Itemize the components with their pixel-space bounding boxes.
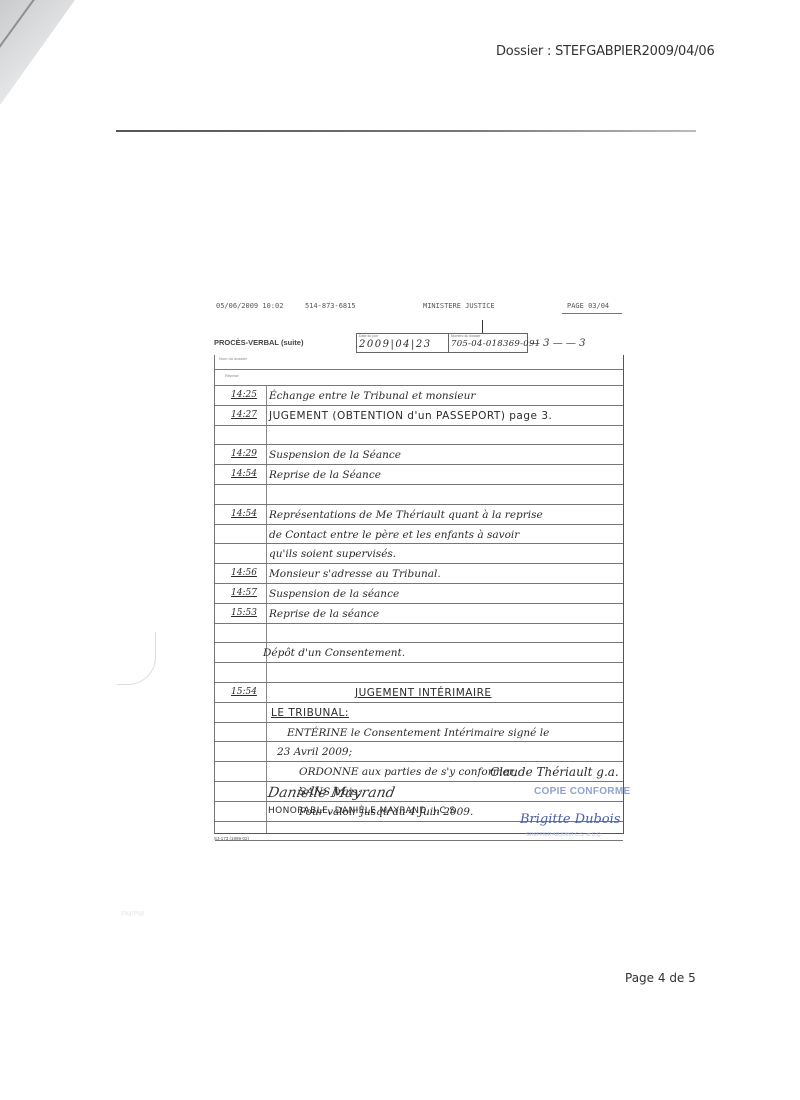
ruled-line	[215, 741, 623, 742]
ruled-line	[215, 702, 623, 703]
entry-text: de Contact entre le père et les enfants …	[269, 529, 519, 541]
page-number-footer: Page 4 de 5	[625, 971, 696, 985]
form-code: SJ-173 (1999-02)	[214, 836, 249, 841]
ruled-line	[215, 464, 623, 465]
time-column-divider	[266, 385, 267, 833]
entry-text: Suspension de la séance	[269, 588, 399, 600]
entry-text: 23 Avril 2009;	[277, 746, 352, 758]
form-title: PROCÈS-VERBAL (suite)	[214, 338, 303, 347]
fax-sender: MINISTERE JUSTICE	[423, 302, 495, 310]
name-label: Nom du dossier	[219, 356, 247, 361]
date-field: Date du jour 2009|04|23	[356, 333, 450, 353]
ruled-line	[215, 425, 623, 426]
entry-text: Représentations de Me Thériault quant à …	[269, 509, 543, 521]
clerk-signature: Claude Thériault g.a.	[490, 765, 619, 779]
entry-text: ENTÉRINE le Consentement Intérimaire sig…	[287, 727, 549, 739]
ruled-line	[215, 662, 623, 663]
fax-phone: 514-873-6815	[305, 302, 356, 310]
entry-text: ORDONNE aux parties de s'y conformer;	[299, 766, 517, 778]
entry-time: 14:57	[231, 588, 257, 598]
ruled-line	[215, 603, 623, 604]
top-rule	[116, 130, 696, 132]
entry-time: 14:56	[231, 568, 257, 578]
entry-time: 14:54	[231, 509, 257, 519]
ruled-line	[215, 444, 623, 445]
file-number-value: 705-04-018369-091	[451, 339, 540, 349]
date-label: Date du jour	[359, 334, 378, 338]
ruled-line	[215, 563, 623, 564]
date-value: 2009|04|23	[359, 339, 432, 350]
entry-time: 15:53	[231, 608, 257, 618]
entry-time: 14:25	[231, 390, 257, 400]
page-corner-fold	[0, 0, 75, 105]
stamp-subtitle: GREFFIER ADJOINT C.S. et C.Q.	[526, 832, 602, 838]
entry-text: qu'ils soient supervisés.	[269, 548, 396, 560]
ruled-line	[215, 722, 623, 723]
entry-text: Monsieur s'adresse au Tribunal.	[269, 568, 441, 580]
faint-bleed-mark	[117, 632, 156, 685]
copie-conforme-stamp: COPIE CONFORME	[534, 786, 630, 797]
stamp-signature: Brigitte Dubois	[520, 812, 620, 827]
ruled-line	[215, 682, 623, 683]
ruled-line	[215, 623, 623, 624]
ruled-line	[215, 781, 623, 782]
fax-page-rule	[562, 313, 622, 314]
entry-text: Dépôt d'un Consentement.	[263, 647, 405, 659]
name-row: Nom du dossier	[215, 355, 623, 370]
entry-time: 14:54	[231, 469, 257, 479]
judge-signature: Danielle Mayrand	[267, 785, 396, 801]
file-number-field: Numéro du dossier 705-04-018369-091	[448, 333, 528, 353]
ruled-line	[215, 840, 623, 841]
ruled-line	[215, 484, 623, 485]
minutes-form: Nom du dossier Reprise 14:25Échange entr…	[214, 355, 624, 834]
reprise-row: Reprise	[215, 369, 623, 386]
faded-margin-mark: PM/PM	[121, 911, 144, 918]
dossier-header: Dossier : STEFGABPIER2009/04/06	[496, 44, 715, 59]
entry-time: 14:29	[231, 449, 257, 459]
entry-text: LE TRIBUNAL:	[271, 707, 349, 719]
entry-text: JUGEMENT INTÉRIMAIRE	[355, 687, 492, 699]
entry-text: Échange entre le Tribunal et monsieur	[269, 390, 475, 402]
entry-text: JUGEMENT (OBTENTION d'un PASSEPORT) page…	[269, 410, 552, 422]
ruled-line	[215, 405, 623, 406]
file-number-label: Numéro du dossier	[451, 334, 481, 338]
ruled-line	[215, 504, 623, 505]
ruled-line	[215, 583, 623, 584]
fax-date-time: 05/06/2009 10:02	[216, 302, 283, 310]
ruled-line	[215, 524, 623, 525]
entry-text: Reprise de la séance	[269, 608, 379, 620]
entry-time: 15:54	[231, 687, 257, 697]
ruled-line	[215, 642, 623, 643]
judge-name: HONORABLE, DANIÈLE MAYRAND, J.C.S	[268, 806, 456, 816]
entry-text: Reprise de la Séance	[269, 469, 381, 481]
entry-text: Suspension de la Séance	[269, 449, 401, 461]
fax-page: PAGE 03/04	[567, 302, 609, 310]
entry-time: 14:27	[231, 410, 257, 420]
ruled-line	[215, 543, 623, 544]
ruled-line	[215, 761, 623, 762]
page-reference: — 3 — — 3	[530, 338, 585, 349]
reprise-label: Reprise	[225, 373, 239, 378]
